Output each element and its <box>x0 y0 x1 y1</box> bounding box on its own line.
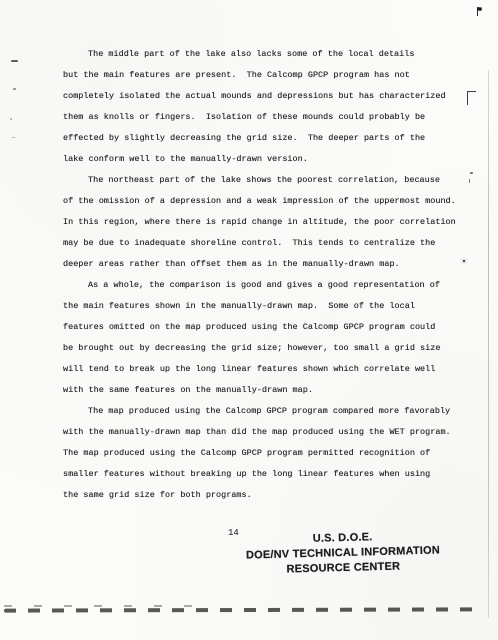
text-line: The middle part of the lake also lacks s… <box>63 44 455 65</box>
paragraph-2: The northeast part of the lake shows the… <box>63 170 455 275</box>
scan-smudge <box>12 137 15 138</box>
text-line: features omitted on the map produced usi… <box>63 317 455 338</box>
scan-perforation-row <box>4 607 482 612</box>
paragraph-4: The map produced using the Calcomp GPCP … <box>63 401 455 506</box>
text-line: The map produced using the Calcomp GPCP … <box>63 401 455 422</box>
text-line: of the omission of a depression and a we… <box>63 191 455 212</box>
text-line: lake conform well to the manually-drawn … <box>63 149 455 170</box>
text-line: will tend to break up the long linear fe… <box>63 359 455 380</box>
text-line: The northeast part of the lake shows the… <box>63 170 455 191</box>
text-line: may be due to inadequate shoreline contr… <box>63 233 455 254</box>
text-line: with the same features on the manually-d… <box>63 380 455 401</box>
scan-smudge <box>470 172 473 174</box>
text-line: deeper areas rather than offset them as … <box>63 254 455 275</box>
text-line: them as knolls or fingers. Isolation of … <box>63 107 455 128</box>
scan-bracket-mark <box>467 91 476 105</box>
scan-smudge <box>10 118 12 120</box>
text-line: completely isolated the actual mounds an… <box>63 86 455 107</box>
scan-edge-line <box>488 70 489 618</box>
scan-smudge <box>13 88 16 90</box>
scan-dot-mark <box>463 260 465 262</box>
scan-smudge <box>469 179 470 183</box>
scan-smudge <box>11 60 18 62</box>
text-line: smaller features without breaking up the… <box>63 464 455 485</box>
text-line: be brought out by decreasing the grid si… <box>63 338 455 359</box>
text-line: In this region, where there is rapid cha… <box>63 212 455 233</box>
text-line: but the main features are present. The C… <box>63 65 455 86</box>
scan-flag-mark <box>476 7 483 17</box>
paragraph-3: As a whole, the comparison is good and g… <box>63 275 455 401</box>
text-line: with the manually-drawn map than did the… <box>63 422 455 443</box>
text-line: The map produced using the Calcomp GPCP … <box>63 443 455 464</box>
text-line: the main features shown in the manually-… <box>63 296 455 317</box>
paragraph-1: The middle part of the lake also lacks s… <box>63 44 455 170</box>
scan-perforation-faint <box>4 605 204 607</box>
scanned-document-page: The middle part of the lake also lacks s… <box>0 0 498 640</box>
text-line: As a whole, the comparison is good and g… <box>63 275 455 296</box>
document-body: The middle part of the lake also lacks s… <box>63 44 455 506</box>
text-line: effected by slightly decreasing the grid… <box>63 128 455 149</box>
doe-resource-center-stamp: U.S. D.O.E. DOE/NV TECHNICAL INFORMATION… <box>237 528 448 578</box>
text-line: the same grid size for both programs. <box>63 485 455 506</box>
